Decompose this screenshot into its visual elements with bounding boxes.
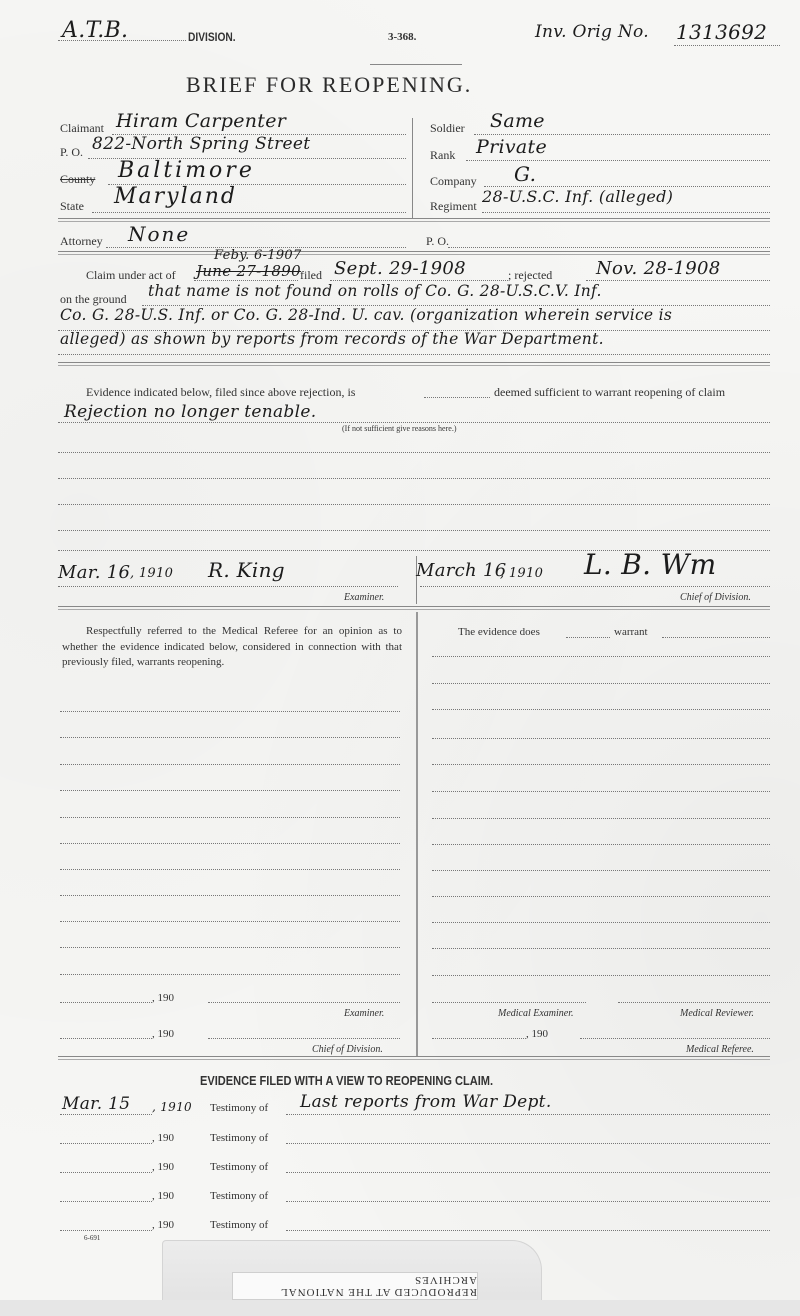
examiner-label: Examiner. <box>344 592 384 603</box>
examiner-signature: R. King <box>208 558 285 582</box>
page-title: BRIEF FOR REOPENING. <box>186 72 472 98</box>
form-number: 3-368. <box>388 31 416 43</box>
chief-year: , 1910 <box>500 566 543 581</box>
state-value: Maryland <box>114 184 237 209</box>
division-label: DIVISION. <box>188 30 236 44</box>
attorney-value: None <box>128 222 190 246</box>
ground-line-1: that name is not found on rolls of Co. G… <box>148 282 602 300</box>
soldier-value: Same <box>490 110 545 132</box>
chief-signature: L. B. Wm <box>584 548 717 581</box>
attorney-po-label: P. O. <box>426 234 449 249</box>
testimony-value: Last reports from War Dept. <box>300 1092 552 1112</box>
testimony-label: Testimony of <box>210 1219 268 1231</box>
soldier-label: Soldier <box>430 121 465 136</box>
ground-label: on the ground <box>60 292 127 307</box>
testimony-year: , 190 <box>152 1190 174 1202</box>
filed-value: Sept. 29-1908 <box>334 258 466 279</box>
medical-examiner-year: , 190 <box>152 992 174 1004</box>
act-value-correction: Feby. 6-1907 <box>214 248 302 263</box>
po-value: 822-North Spring Street <box>92 134 310 154</box>
medical-referee-label: Medical Referee. <box>686 1044 754 1055</box>
examiner-year: , 1910 <box>130 566 173 581</box>
chief-date: March 16 <box>416 560 506 581</box>
testimony-label: Testimony of <box>210 1132 268 1144</box>
po-label: P. O. <box>60 145 83 160</box>
ground-line-2: Co. G. 28-U.S. Inf. or Co. G. 28-Ind. U.… <box>60 306 672 324</box>
ground-line-3: alleged) as shown by reports from record… <box>60 330 604 348</box>
archive-stamp-text: REPRODUCED AT THE NATIONAL ARCHIVES <box>233 1274 477 1298</box>
medical-examiner-label: Medical Examiner. <box>498 1008 574 1019</box>
regiment-label: Regiment <box>430 199 477 214</box>
testimony-label: Testimony of <box>210 1161 268 1173</box>
document-page: A.T.B. DIVISION. 3-368. Inv. Orig No. 13… <box>0 0 800 1316</box>
attorney-label: Attorney <box>60 234 103 249</box>
inv-orig-label: Inv. Orig No. <box>535 22 649 42</box>
testimony-year: , 190 <box>152 1161 174 1173</box>
reason-hint: (If not sufficient give reasons here.) <box>342 424 456 433</box>
claimant-value: Hiram Carpenter <box>116 110 286 132</box>
act-label: Claim under act of <box>86 268 176 283</box>
testimony-date: Mar. 15 <box>62 1094 130 1114</box>
archive-stamp: REPRODUCED AT THE NATIONAL ARCHIVES <box>232 1272 478 1300</box>
testimony-heading: EVIDENCE FILED WITH A VIEW TO REOPENING … <box>200 1073 493 1088</box>
evidence-statement-prefix: Evidence indicated below, filed since ab… <box>86 385 355 400</box>
company-value: G. <box>514 162 536 186</box>
inv-orig-value: 1313692 <box>676 20 767 44</box>
county-label: County <box>60 172 95 187</box>
rejected-value: Nov. 28-1908 <box>596 258 720 279</box>
act-value-struck: June 27-1890 <box>196 262 301 280</box>
rejected-label: ; rejected <box>508 268 552 283</box>
evidence-does-suffix: warrant <box>614 626 648 638</box>
page-edge <box>0 1300 800 1316</box>
state-label: State <box>60 199 84 214</box>
filed-label: filed <box>300 268 322 283</box>
company-label: Company <box>430 174 477 189</box>
medical-referee-year: , 190 <box>526 1028 548 1040</box>
testimony-year: , 190 <box>152 1132 174 1144</box>
chief-label: Chief of Division. <box>680 592 751 603</box>
testimony-label: Testimony of <box>210 1102 268 1114</box>
medical-chief-year: , 190 <box>152 1028 174 1040</box>
testimony-year: , 190 <box>152 1219 174 1231</box>
examiner-date: Mar. 16 <box>58 562 130 583</box>
evidence-statement-suffix: deemed sufficient to warrant reopening o… <box>494 385 725 400</box>
rank-value: Private <box>476 136 547 158</box>
evidence-does-prefix: The evidence does <box>458 626 540 638</box>
medical-left-chief-label: Chief of Division. <box>312 1044 383 1055</box>
testimony-year: , 1910 <box>152 1100 192 1114</box>
regiment-value: 28-U.S.C. Inf. (alleged) <box>482 187 673 206</box>
form-code: 6-691 <box>84 1234 100 1242</box>
rejection-reason: Rejection no longer tenable. <box>64 402 316 422</box>
rank-label: Rank <box>430 148 455 163</box>
medical-left-examiner-label: Examiner. <box>344 1008 384 1019</box>
testimony-label: Testimony of <box>210 1190 268 1202</box>
medical-reviewer-label: Medical Reviewer. <box>680 1008 754 1019</box>
medical-referral-text: Respectfully referred to the Medical Ref… <box>62 624 402 671</box>
county-value: Baltimore <box>118 158 255 183</box>
